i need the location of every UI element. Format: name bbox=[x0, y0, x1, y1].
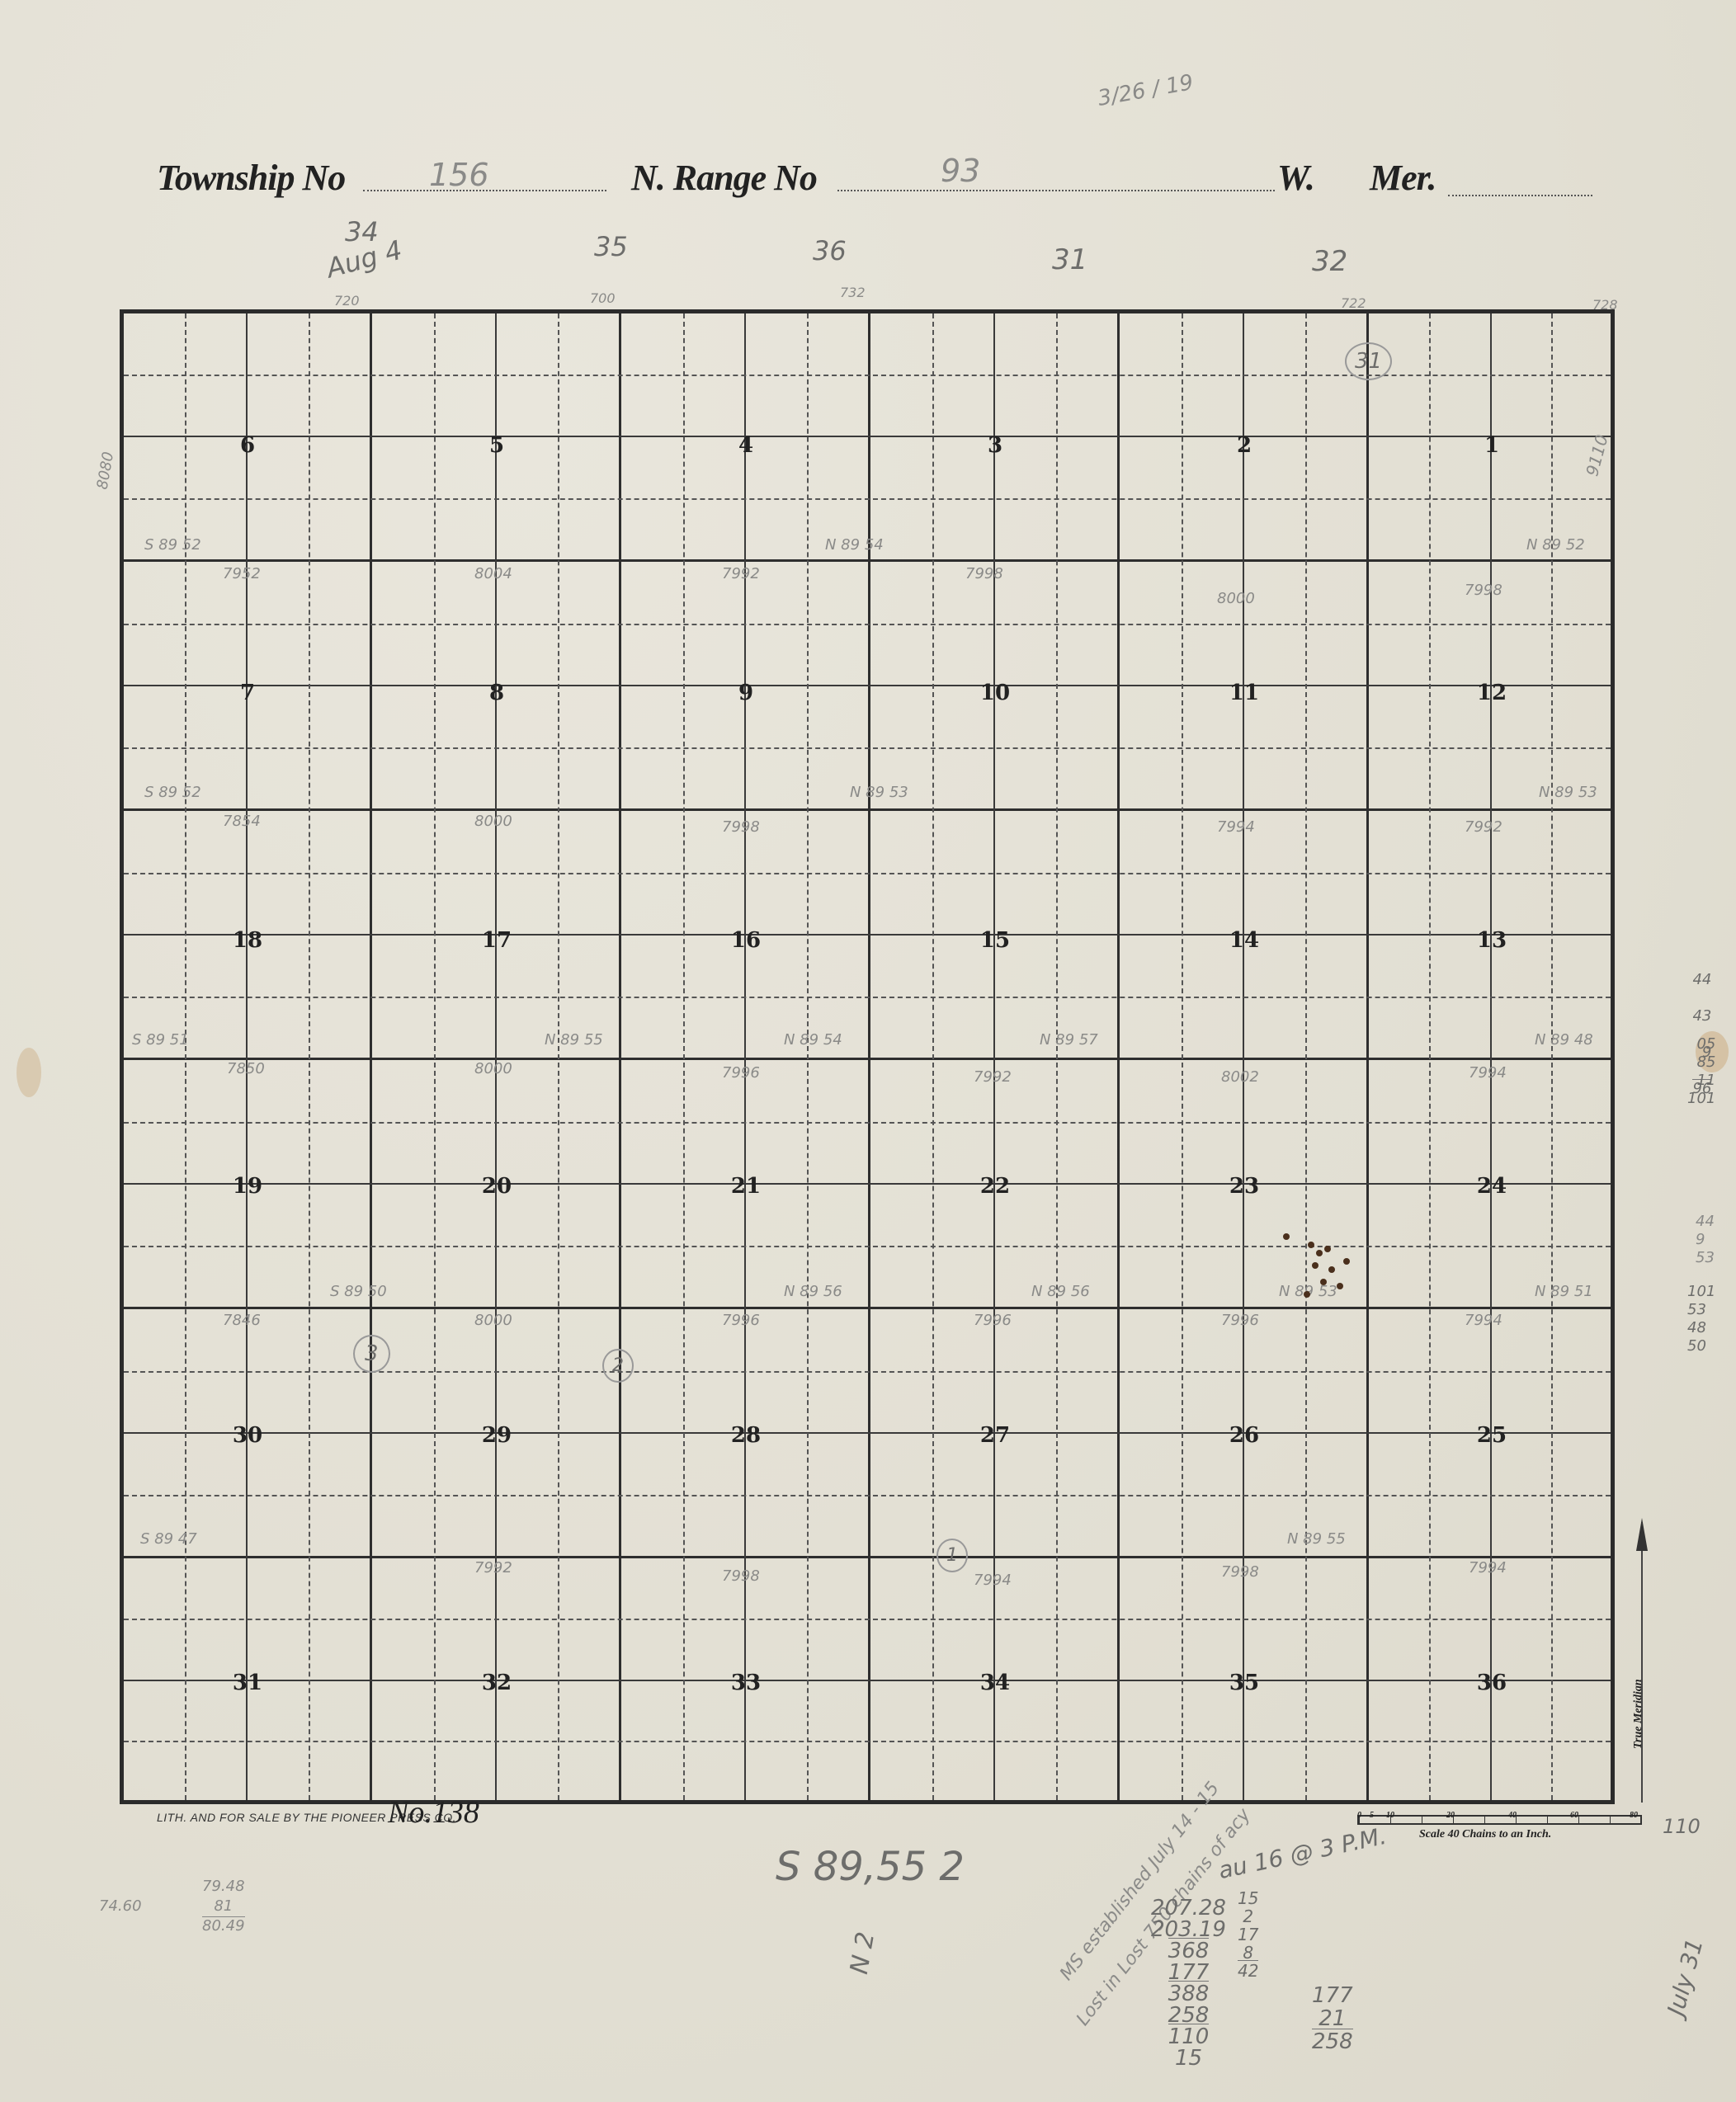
distance-annotation: 7998 bbox=[1465, 582, 1502, 599]
bearing-annotation: N 89 53 bbox=[1539, 784, 1597, 801]
calc-value: 81 bbox=[214, 1897, 233, 1915]
meridian-label: Mer. bbox=[1370, 157, 1436, 199]
section-2[interactable]: 2 bbox=[1235, 433, 1253, 458]
bearing-annotation: N 89 53 bbox=[850, 784, 908, 801]
section-32[interactable]: 32 bbox=[480, 1671, 513, 1695]
bearing-annotation: S 89 52 bbox=[144, 536, 201, 554]
left-margin-value: 8080 bbox=[94, 450, 118, 491]
township-label: Township No bbox=[157, 157, 345, 199]
corner-value: 720 bbox=[334, 293, 360, 309]
scale-tick: 5 bbox=[1370, 1811, 1374, 1820]
range-value: 93 bbox=[941, 153, 980, 189]
range-field-line bbox=[837, 190, 1275, 191]
scale-tick: 20 bbox=[1446, 1811, 1455, 1820]
calc-value: 44 bbox=[1696, 1213, 1715, 1230]
distance-annotation: 7994 bbox=[1465, 1312, 1502, 1329]
section-9[interactable]: 9 bbox=[737, 681, 755, 705]
circled-mark: 2 bbox=[602, 1349, 634, 1383]
distance-annotation: 8000 bbox=[474, 813, 512, 830]
distance-annotation: 7996 bbox=[974, 1312, 1012, 1329]
calc-value: 05 bbox=[1696, 1035, 1715, 1053]
adjoining-section-35: 35 bbox=[594, 231, 628, 262]
adjoining-section-32: 32 bbox=[1312, 245, 1347, 278]
scale-label: Scale 40 Chains to an Inch. bbox=[1419, 1828, 1551, 1841]
left-calc: 79.48 81 80.49 bbox=[202, 1877, 245, 1936]
distance-annotation: 7994 bbox=[1469, 1559, 1507, 1576]
bearing-annotation: S 89 47 bbox=[140, 1530, 197, 1548]
date-note: July 31 bbox=[1662, 1935, 1708, 2018]
section-11[interactable]: 11 bbox=[1228, 681, 1261, 705]
bearing-annotation: N 89 55 bbox=[1287, 1530, 1346, 1548]
section-33[interactable]: 33 bbox=[729, 1671, 762, 1695]
distance-annotation: 7994 bbox=[1469, 1064, 1507, 1082]
true-meridian-label: True Meridian bbox=[1632, 1679, 1645, 1749]
distance-annotation: 7850 bbox=[227, 1060, 265, 1077]
calc-value: 101 bbox=[1687, 1283, 1715, 1300]
left-value: 74.60 bbox=[99, 1897, 142, 1915]
section-5[interactable]: 5 bbox=[488, 433, 506, 458]
calc-value: 44 bbox=[1692, 971, 1711, 988]
calc-value: 79.48 bbox=[202, 1878, 245, 1895]
distance-annotation: 7994 bbox=[974, 1572, 1012, 1589]
scale-tick: 60 bbox=[1570, 1811, 1578, 1820]
section-16[interactable]: 16 bbox=[729, 928, 762, 953]
section-17[interactable]: 17 bbox=[480, 928, 513, 953]
bearing-annotation: S 89 52 bbox=[144, 784, 201, 801]
bearing-annotation: N 89 55 bbox=[545, 1031, 603, 1049]
calc-value: 15 bbox=[1175, 2046, 1202, 2071]
section-18[interactable]: 18 bbox=[231, 928, 264, 953]
direction-label: W. bbox=[1277, 157, 1314, 199]
section-22[interactable]: 22 bbox=[979, 1174, 1012, 1199]
center-note: N 2 bbox=[845, 1930, 880, 1976]
margin-calc: 101 53 48 50 bbox=[1687, 1283, 1715, 1355]
calc-value: 42 bbox=[1238, 1960, 1258, 1981]
meridian-field-line bbox=[1448, 195, 1592, 196]
section-14[interactable]: 14 bbox=[1228, 928, 1261, 953]
adjoining-section-36: 36 bbox=[813, 235, 847, 266]
bearing-annotation: N 89 54 bbox=[825, 536, 884, 554]
distance-annotation: 7998 bbox=[722, 1567, 760, 1585]
north-arrow-icon bbox=[1636, 1518, 1648, 1551]
range-label: N. Range No bbox=[631, 157, 817, 199]
section-7[interactable]: 7 bbox=[238, 681, 257, 705]
calc-value: 2 bbox=[1243, 1906, 1253, 1926]
bearing-annotation: N 89 54 bbox=[784, 1031, 842, 1049]
corner-value: 700 bbox=[590, 290, 616, 306]
scale-tick: 0 bbox=[1357, 1811, 1361, 1820]
calc-value: 11 bbox=[1696, 1072, 1715, 1089]
calc-value: 258 bbox=[1312, 2029, 1353, 2054]
distance-annotation: 7996 bbox=[722, 1064, 760, 1082]
calc-value: 53 bbox=[1687, 1301, 1706, 1318]
section-20[interactable]: 20 bbox=[480, 1174, 513, 1199]
section-10[interactable]: 10 bbox=[979, 681, 1012, 705]
bearing-annotation: N 89 51 bbox=[1535, 1283, 1593, 1300]
distance-annotation: 7854 bbox=[223, 813, 261, 830]
bearing-annotation: N 89 48 bbox=[1535, 1031, 1593, 1049]
township-grid: 6 5 4 3 2 1 7 8 9 10 11 12 18 17 16 15 1… bbox=[120, 309, 1615, 1804]
section-34[interactable]: 34 bbox=[979, 1671, 1012, 1695]
section-31[interactable]: 31 bbox=[231, 1671, 264, 1695]
distance-annotation: 7846 bbox=[223, 1312, 261, 1329]
section-25[interactable]: 25 bbox=[1475, 1423, 1508, 1448]
section-3[interactable]: 3 bbox=[986, 433, 1004, 458]
township-value: 156 bbox=[429, 157, 489, 193]
section-30[interactable]: 30 bbox=[231, 1423, 264, 1448]
section-35[interactable]: 35 bbox=[1228, 1671, 1261, 1695]
calc-value: 21 bbox=[1319, 2006, 1346, 2031]
section-24[interactable]: 24 bbox=[1475, 1174, 1508, 1199]
distance-annotation: 7992 bbox=[974, 1068, 1012, 1086]
bearing-annotation: N 89 56 bbox=[1031, 1283, 1090, 1300]
distance-annotation: 7992 bbox=[1465, 818, 1502, 836]
calc-value: 9 bbox=[1696, 1231, 1705, 1248]
corner-value: 732 bbox=[840, 285, 866, 300]
scale-tick: 10 bbox=[1386, 1811, 1394, 1820]
section-29[interactable]: 29 bbox=[480, 1423, 513, 1448]
distance-annotation: 8000 bbox=[474, 1312, 512, 1329]
right-margin-sec1: 9110 bbox=[1582, 432, 1611, 478]
calc-value: 43 bbox=[1692, 1007, 1711, 1025]
section-21[interactable]: 21 bbox=[729, 1174, 762, 1199]
calc-value: 85 bbox=[1696, 1053, 1715, 1071]
scale-bar bbox=[1357, 1815, 1642, 1825]
calc-value: 53 bbox=[1696, 1249, 1715, 1266]
calc-value: 15 bbox=[1238, 1888, 1258, 1908]
distance-annotation: 7998 bbox=[965, 565, 1003, 582]
section-27[interactable]: 27 bbox=[979, 1423, 1012, 1448]
circled-mark: 1 bbox=[936, 1539, 968, 1572]
section-15[interactable]: 15 bbox=[979, 928, 1012, 953]
distance-annotation: 7998 bbox=[722, 818, 760, 836]
distance-annotation: 7992 bbox=[722, 565, 760, 582]
bearing-note: S 89,55 2 bbox=[776, 1844, 965, 1890]
bearing-annotation: N 89 56 bbox=[784, 1283, 842, 1300]
bearing-annotation: S 89 50 bbox=[330, 1283, 387, 1300]
calc-value: 101 bbox=[1687, 1090, 1715, 1107]
margin-calc: 44 9 53 bbox=[1696, 1213, 1715, 1267]
margin-calc: 05 85 11 101 bbox=[1687, 1035, 1715, 1108]
scale-tick: 80 bbox=[1630, 1811, 1638, 1820]
calc-value: 177 bbox=[1312, 1983, 1353, 2008]
section-28[interactable]: 28 bbox=[729, 1423, 762, 1448]
bearing-annotation: N 89 57 bbox=[1040, 1031, 1098, 1049]
adjoining-section-31: 31 bbox=[1052, 243, 1087, 276]
distance-annotation: 8004 bbox=[474, 565, 512, 582]
section-4[interactable]: 4 bbox=[737, 433, 755, 458]
edge-note: 110 bbox=[1663, 1815, 1701, 1838]
top-note: 3/26 / 19 bbox=[1096, 70, 1195, 111]
distance-annotation: 7998 bbox=[1221, 1563, 1259, 1581]
bearing-annotation: S 89 51 bbox=[132, 1031, 189, 1049]
section-12[interactable]: 12 bbox=[1475, 681, 1508, 705]
scale-tick: 40 bbox=[1508, 1811, 1517, 1820]
section-8[interactable]: 8 bbox=[488, 681, 506, 705]
distance-annotation: 8002 bbox=[1221, 1068, 1259, 1086]
distance-annotation: 7996 bbox=[722, 1312, 760, 1329]
section-26[interactable]: 26 bbox=[1228, 1423, 1261, 1448]
bearing-annotation: N 89 52 bbox=[1526, 536, 1585, 554]
form-number: No.138 bbox=[388, 1794, 479, 1831]
distance-annotation: 8000 bbox=[1217, 590, 1255, 607]
side-sum: 15 2 17 8 42 bbox=[1238, 1889, 1258, 1980]
calc-value: 50 bbox=[1687, 1337, 1706, 1355]
calc-value: 48 bbox=[1687, 1319, 1706, 1336]
true-meridian-line bbox=[1641, 1522, 1643, 1803]
section-36[interactable]: 36 bbox=[1475, 1671, 1508, 1695]
section-13[interactable]: 13 bbox=[1475, 928, 1508, 953]
circled-mark: 31 bbox=[1345, 342, 1392, 380]
distance-annotation: 7996 bbox=[1221, 1312, 1259, 1329]
section-23[interactable]: 23 bbox=[1228, 1174, 1261, 1199]
distance-annotation: 7952 bbox=[223, 565, 261, 582]
calc-value: 17 bbox=[1238, 1925, 1258, 1944]
calc-side: 177 21 258 bbox=[1312, 1984, 1353, 2053]
circled-mark: 3 bbox=[353, 1335, 390, 1373]
calc-value: 80.49 bbox=[202, 1916, 245, 1935]
calc-column: 207.28 203.19 368 177 388 258 110 15 bbox=[1151, 1897, 1226, 2069]
distance-annotation: 7992 bbox=[474, 1559, 512, 1576]
section-1[interactable]: 1 bbox=[1483, 433, 1501, 458]
section-19[interactable]: 19 bbox=[231, 1174, 264, 1199]
distance-annotation: 7994 bbox=[1217, 818, 1255, 836]
section-6[interactable]: 6 bbox=[238, 433, 257, 458]
distance-annotation: 8000 bbox=[474, 1060, 512, 1077]
